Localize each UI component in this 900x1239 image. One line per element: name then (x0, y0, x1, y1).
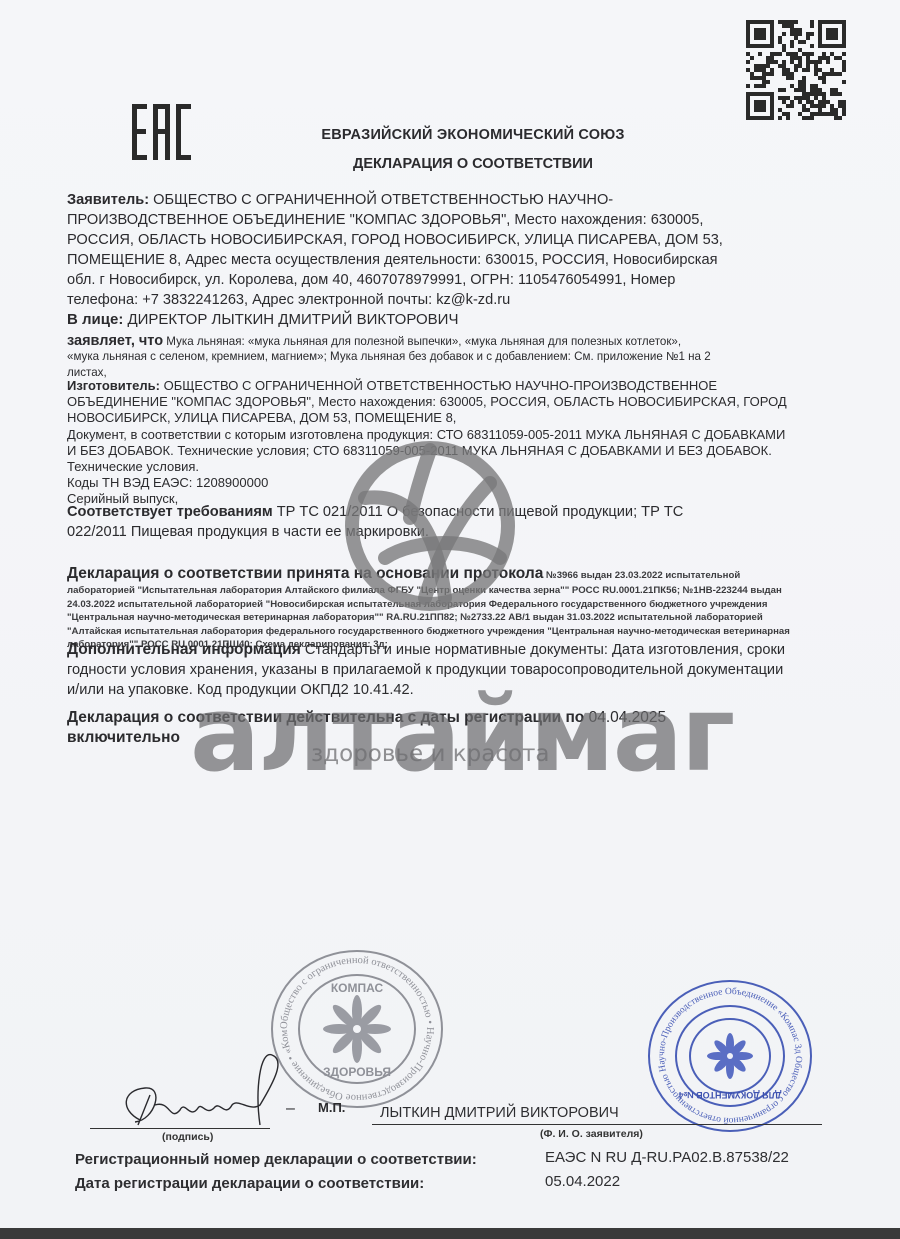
applicant-name: ЛЫТКИН ДМИТРИЙ ВИКТОРОВИЧ (380, 1105, 619, 1121)
applicant-label: Заявитель: (67, 192, 149, 208)
declares-section: заявляет, что Мука льняная: «мука льняна… (67, 334, 837, 380)
watermark-slogan: здоровье и красота (311, 741, 550, 767)
signature-scribble (110, 1050, 310, 1130)
svg-text:КОМПАС: КОМПАС (331, 981, 384, 995)
registration-date-label: Дата регистрации декларации о соответств… (75, 1175, 424, 1192)
name-line (372, 1124, 822, 1125)
registration-date: 05.04.2022 (545, 1173, 620, 1190)
manufacturer-label: Изготовитель: (67, 378, 160, 393)
registration-number-label: Регистрационный номер декларации о соотв… (75, 1151, 477, 1168)
union-title: ЕВРАЗИЙСКИЙ ЭКОНОМИЧЕСКИЙ СОЮЗ (0, 127, 900, 143)
signature-line (90, 1128, 270, 1129)
declares-label: заявляет, что (67, 333, 163, 349)
scan-edge (0, 1228, 900, 1239)
declaration-page: ЕВРАЗИЙСКИЙ ЭКОНОМИЧЕСКИЙ СОЮЗ ДЕКЛАРАЦИ… (0, 0, 900, 1228)
watermark-logo-icon (325, 438, 535, 613)
requirements-label: Соответствует требованиям (67, 504, 273, 520)
name-caption: (Ф. И. О. заявителя) (540, 1128, 643, 1140)
watermark-brand: алтаймаг (190, 673, 733, 795)
signature-caption: (подпись) (162, 1131, 213, 1143)
qr-code-icon[interactable] (745, 20, 847, 120)
additional-label: Дополнительная информация (67, 641, 301, 658)
registration-number: ЕАЭС N RU Д-RU.РА02.В.87538/22 (545, 1149, 789, 1166)
seal-mark: М.П. (318, 1100, 345, 1115)
svg-text:ДЛЯ ДОКУМЕНТОВ №4: ДЛЯ ДОКУМЕНТОВ №4 (679, 1090, 782, 1100)
person-label: В лице: (67, 311, 123, 328)
company-seal-stamp-right: Общество с ограниченной ответственностью… (645, 978, 815, 1134)
applicant-section: Заявитель: ОБЩЕСТВО С ОГРАНИЧЕННОЙ ОТВЕТ… (67, 190, 827, 330)
document-title: ДЕКЛАРАЦИЯ О СООТВЕТСТВИИ (0, 156, 900, 172)
svg-text:ЗДОРОВЬЯ: ЗДОРОВЬЯ (323, 1065, 391, 1079)
